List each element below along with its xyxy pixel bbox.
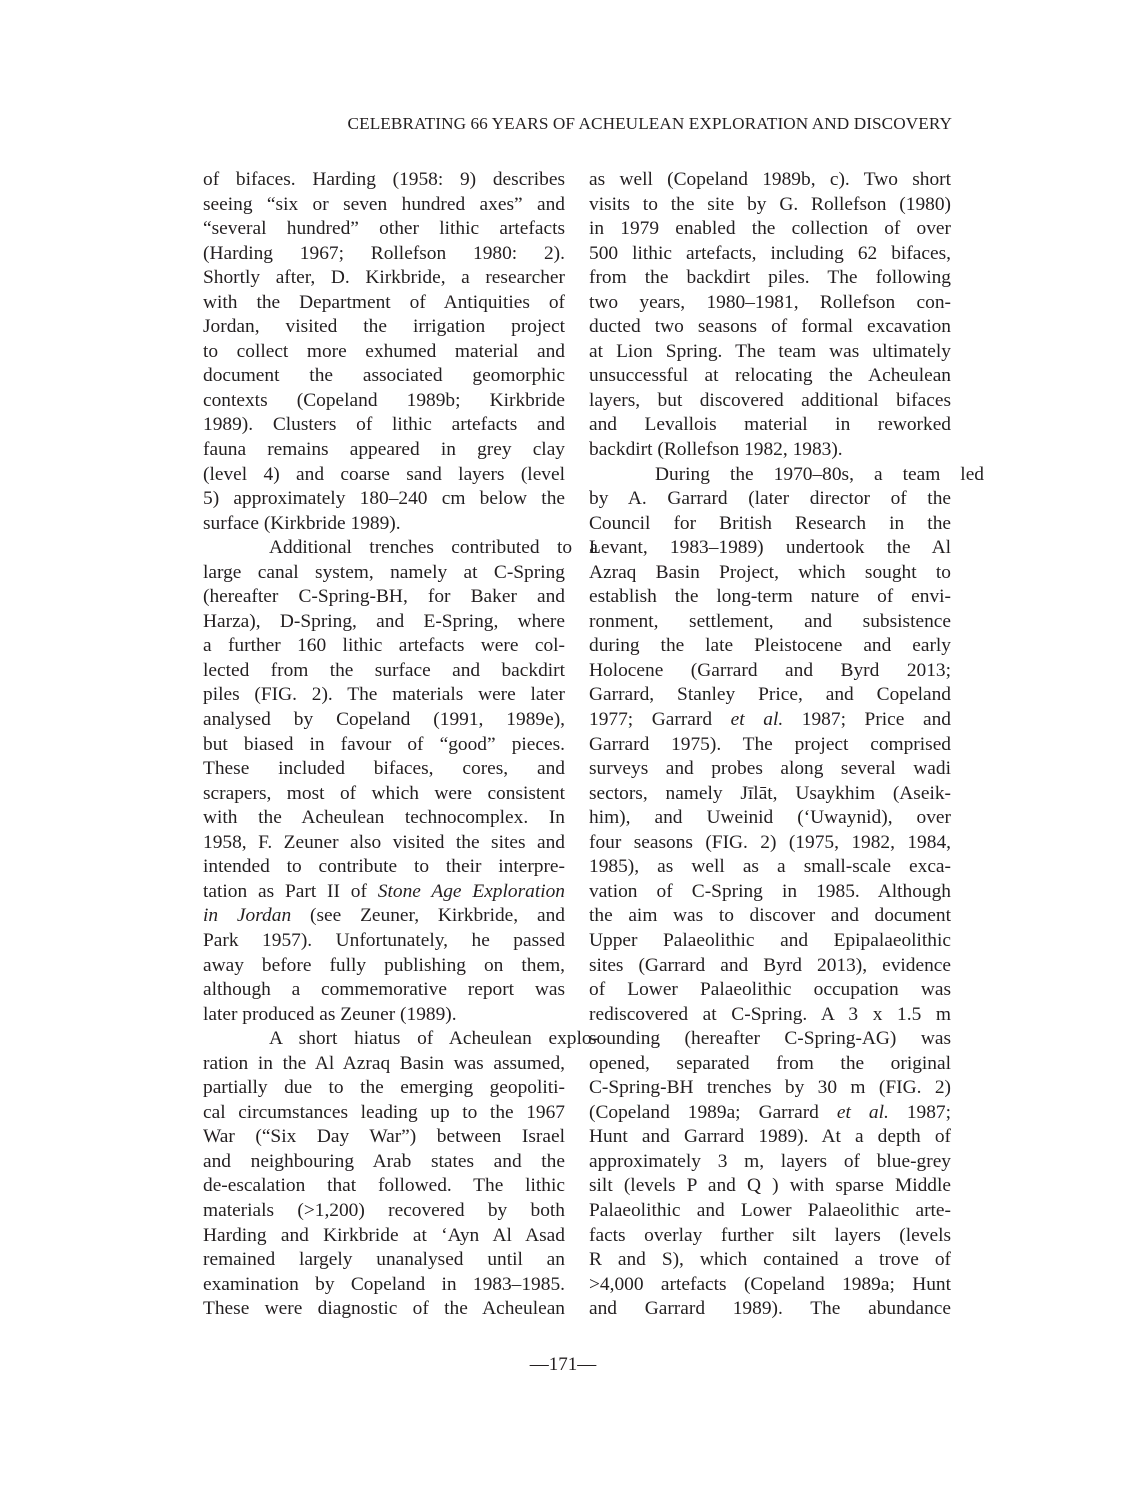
text-line: sounding (hereafter C-Spring-AG) was <box>589 1027 951 1052</box>
text-line: 500 lithic artefacts, including 62 bifac… <box>589 242 951 267</box>
text-line: contexts (Copeland 1989b; Kirkbride <box>203 389 565 414</box>
text-line: away before fully publishing on them, <box>203 954 565 979</box>
text-line: Harza), D-Spring, and E-Spring, where <box>203 610 565 635</box>
text-line: and Levallois material in reworked <box>589 413 951 438</box>
text-line: fauna remains appeared in grey clay <box>203 438 565 463</box>
text-line: Hunt and Garrard 1989). At a depth of <box>589 1125 951 1150</box>
text-line: vation of C-Spring in 1985. Although <box>589 880 951 905</box>
text-line: (Copeland 1989a; Garrard et al. 1987; <box>589 1101 951 1126</box>
text-line: of Lower Palaeolithic occupation was <box>589 978 951 1003</box>
text-line: During the 1970–80s, a team led <box>589 463 951 488</box>
text-line: later produced as Zeuner (1989). <box>203 1003 565 1028</box>
text-line: rediscovered at C-Spring. A 3 x 1.5 m <box>589 1003 951 1028</box>
text-line: large canal system, namely at C-Spring <box>203 561 565 586</box>
text-line: sites (Garrard and Byrd 2013), evidence <box>589 954 951 979</box>
text-line: of bifaces. Harding (1958: 9) describes <box>203 168 565 193</box>
text-line: by A. Garrard (later director of the <box>589 487 951 512</box>
text-line: during the late Pleistocene and early <box>589 634 951 659</box>
text-line: two years, 1980–1981, Rollefson con- <box>589 291 951 316</box>
text-line: partially due to the emerging geopoliti- <box>203 1076 565 1101</box>
text-line: These were diagnostic of the Acheulean <box>203 1297 565 1322</box>
text-line: visits to the site by G. Rollefson (1980… <box>589 193 951 218</box>
text-line: Azraq Basin Project, which sought to <box>589 561 951 586</box>
text-line: ducted two seasons of formal excavation <box>589 315 951 340</box>
text-line: opened, separated from the original <box>589 1052 951 1077</box>
text-line: Holocene (Garrard and Byrd 2013; <box>589 659 951 684</box>
text-line: (hereafter C-Spring-BH, for Baker and <box>203 585 565 610</box>
text-line: in 1979 enabled the collection of over <box>589 217 951 242</box>
text-line: “several hundred” other lithic artefacts <box>203 217 565 242</box>
text-line: examination by Copeland in 1983–1985. <box>203 1273 565 1298</box>
text-line: >4,000 artefacts (Copeland 1989a; Hunt <box>589 1273 951 1298</box>
text-line: scrapers, most of which were consistent <box>203 782 565 807</box>
text-line: tation as Part II of Stone Age Explorati… <box>203 880 565 905</box>
text-line: but biased in favour of “good” pieces. <box>203 733 565 758</box>
text-line: surveys and probes along several wadi <box>589 757 951 782</box>
text-line: A short hiatus of Acheulean explo- <box>203 1027 565 1052</box>
text-line: Shortly after, D. Kirkbride, a researche… <box>203 266 565 291</box>
text-line: Additional trenches contributed to a <box>203 536 565 561</box>
text-line: document the associated geomorphic <box>203 364 565 389</box>
text-line: (Harding 1967; Rollefson 1980: 2). <box>203 242 565 267</box>
text-line: seeing “six or seven hundred axes” and <box>203 193 565 218</box>
text-line: intended to contribute to their interpre… <box>203 855 565 880</box>
text-line: 1977; Garrard et al. 1987; Price and <box>589 708 951 733</box>
text-line: Harding and Kirkbride at ‘Ayn Al Asad <box>203 1224 565 1249</box>
text-line: although a commemorative report was <box>203 978 565 1003</box>
text-line: analysed by Copeland (1991, 1989e), <box>203 708 565 733</box>
text-line: in Jordan (see Zeuner, Kirkbride, and <box>203 904 565 929</box>
italic-text: et al. <box>837 1102 889 1123</box>
text-line: R and S), which contained a trove of <box>589 1248 951 1273</box>
text-line: establish the long-term nature of envi- <box>589 585 951 610</box>
text-line: de-escalation that followed. The lithic <box>203 1174 565 1199</box>
text-line: sectors, namely Jīlāt, Usaykhim (Aseik- <box>589 782 951 807</box>
text-line: Upper Palaeolithic and Epipalaeolithic <box>589 929 951 954</box>
text-line: and neighbouring Arab states and the <box>203 1150 565 1175</box>
text-line: cal circumstances leading up to the 1967 <box>203 1101 565 1126</box>
text-line: ronment, settlement, and subsistence <box>589 610 951 635</box>
text-line: with the Acheulean technocomplex. In <box>203 806 565 831</box>
text-line: with the Department of Antiquities of <box>203 291 565 316</box>
text-line: facts overlay further silt layers (level… <box>589 1224 951 1249</box>
text-line: C-Spring-BH trenches by 30 m (FIG. 2) <box>589 1076 951 1101</box>
text-line: Garrard 1975). The project comprised <box>589 733 951 758</box>
text-line: Garrard, Stanley Price, and Copeland <box>589 683 951 708</box>
right-column: as well (Copeland 1989b, c). Two shortvi… <box>589 168 951 1322</box>
text-line: War (“Six Day War”) between Israel <box>203 1125 565 1150</box>
text-line: Jordan, visited the irrigation project <box>203 315 565 340</box>
text-line: a further 160 lithic artefacts were col- <box>203 634 565 659</box>
text-line: at Lion Spring. The team was ultimately <box>589 340 951 365</box>
text-line: Palaeolithic and Lower Palaeolithic arte… <box>589 1199 951 1224</box>
italic-text: Stone Age Exploration <box>378 881 565 902</box>
text-line: approximately 3 m, layers of blue-grey <box>589 1150 951 1175</box>
italic-text: et al. <box>731 709 784 730</box>
text-line: the aim was to discover and document <box>589 904 951 929</box>
text-line: 1958, F. Zeuner also visited the sites a… <box>203 831 565 856</box>
page-number: —171— <box>0 1354 1126 1376</box>
text-line: 1985), as well as a small-scale exca- <box>589 855 951 880</box>
text-line: These included bifaces, cores, and <box>203 757 565 782</box>
text-line: and Garrard 1989). The abundance <box>589 1297 951 1322</box>
text-line: 5) approximately 180–240 cm below the <box>203 487 565 512</box>
text-line: as well (Copeland 1989b, c). Two short <box>589 168 951 193</box>
text-line: Park 1957). Unfortunately, he passed <box>203 929 565 954</box>
text-line: layers, but discovered additional biface… <box>589 389 951 414</box>
text-line: backdirt (Rollefson 1982, 1983). <box>589 438 951 463</box>
running-head: CELEBRATING 66 YEARS OF ACHEULEAN EXPLOR… <box>300 114 952 134</box>
text-line: piles (FIG. 2). The materials were later <box>203 683 565 708</box>
text-line: materials (>1,200) recovered by both <box>203 1199 565 1224</box>
text-line: lected from the surface and backdirt <box>203 659 565 684</box>
text-line: Levant, 1983–1989) undertook the Al <box>589 536 951 561</box>
text-line: from the backdirt piles. The following <box>589 266 951 291</box>
text-line: surface (Kirkbride 1989). <box>203 512 565 537</box>
left-column: of bifaces. Harding (1958: 9) describess… <box>203 168 565 1322</box>
text-line: 1989). Clusters of lithic artefacts and <box>203 413 565 438</box>
text-line: ration in the Al Azraq Basin was assumed… <box>203 1052 565 1077</box>
text-line: to collect more exhumed material and <box>203 340 565 365</box>
italic-text: in Jordan <box>203 905 291 926</box>
text-line: Council for British Research in the <box>589 512 951 537</box>
text-line: unsuccessful at relocating the Acheulean <box>589 364 951 389</box>
text-line: remained largely unanalysed until an <box>203 1248 565 1273</box>
text-line: (level 4) and coarse sand layers (level <box>203 463 565 488</box>
text-line: him), and Uweinid (‘Uwaynid), over <box>589 806 951 831</box>
text-line: silt (levels P and Q ) with sparse Middl… <box>589 1174 951 1199</box>
text-line: four seasons (FIG. 2) (1975, 1982, 1984, <box>589 831 951 856</box>
